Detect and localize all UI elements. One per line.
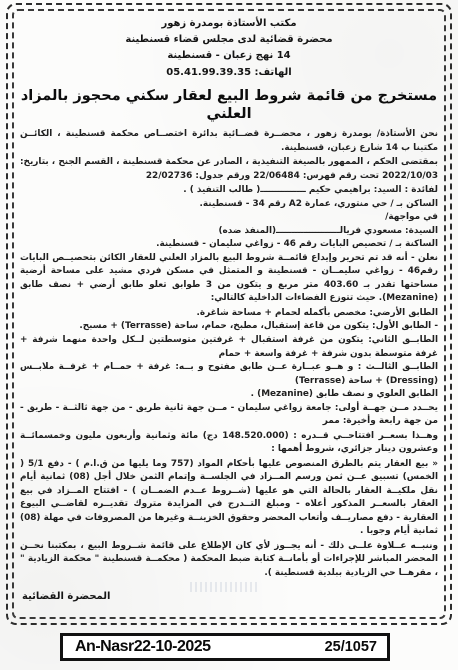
newspaper-date-stamp: An-Nasr22-10-2025: [75, 638, 211, 656]
scan-artifact: [190, 582, 260, 592]
paragraph-first-floor: - الطابق الأول: يتكون من قاعة إستقبال، م…: [20, 320, 438, 334]
paragraph-defendant-address: الساكنة بـ / تحصيص البايات رقم 46 - زواغ…: [20, 238, 438, 252]
paragraph-announcement: نعلن - أنه قد تم تحرير وإيداع قائمــة شر…: [20, 252, 438, 306]
paragraph-defendant: السيدة: مسعودي فريالــــــــــــــــــــ…: [20, 225, 438, 239]
bailiff-office-header: مكتب الأستاذة بومدرة زهور محضرة قضائية ل…: [20, 16, 438, 81]
bailiff-signature: المحضرة القضائية: [20, 591, 438, 602]
paragraph-boundaries: يحــدد مــن جهــة أولى: جامعة زواغي سليم…: [20, 402, 438, 429]
paragraph-opening-price: وهــذا بسعــر افتتاحــي قــدره : (148.52…: [20, 430, 438, 457]
notice-body: نحن الأستاذة/ بومدرة زهور ، محضــرة قضــ…: [20, 128, 438, 581]
paragraph-beneficiary-address: الساكن بـ / حي منتوري، عمارة A2 رقم 34 -…: [20, 198, 438, 212]
office-address-line: 14 نهج زعبان - قسنطينة: [20, 48, 438, 64]
notice-content: مكتب الأستاذة بومدرة زهور محضرة قضائية ل…: [20, 14, 438, 614]
paragraph-beneficiary: لفائدة : السيد: براهيمي حكيم ـــــــــــ…: [20, 184, 438, 198]
paragraph-mezzanine: الطابق العلوي و نصف طابق (Mezanine) .: [20, 388, 438, 402]
page-title: مستخرج من قائمة شروط البيع لعقار سكني مح…: [20, 87, 438, 123]
paragraph-second-floor: الطابــق الثاني: يتكون من غرفة استقبال +…: [20, 334, 438, 361]
office-role-line: محضرة قضائية لدى مجلس قضاء قسنطينة: [20, 32, 438, 48]
paragraph-third-floor: الطابــق الثالــث : و هــو عبــارة عــن …: [20, 361, 438, 388]
paragraph-introduction: نحن الأستاذة/ بومدرة زهور ، محضــرة قضــ…: [20, 128, 438, 155]
reference-number: 25/1057: [325, 639, 377, 655]
office-phone-line: الهاتف: 05.41.99.39.35: [20, 65, 438, 81]
paragraph-consultation-notice: وننبــه عــلاوة علــى ذلك - أنه يجــوز ل…: [20, 540, 438, 581]
paragraph-sale-conditions: « بيع العقار يتم بالطرق المنصوص عليها بأ…: [20, 458, 438, 539]
office-name-line: مكتب الأستاذة بومدرة زهور: [20, 16, 438, 32]
publication-stamp-box: An-Nasr22-10-2025 25/1057: [60, 633, 390, 661]
scanned-legal-notice: مكتب الأستاذة بومدرة زهور محضرة قضائية ل…: [0, 0, 458, 670]
paragraph-ground-floor: الطابق الأرضي: مخصص بأكمله لحمام + مساحة…: [20, 307, 438, 321]
paragraph-judgment: بمقتضى الحكم ، الممهور بالصيغة التنفيذية…: [20, 156, 438, 183]
paragraph-versus: في مواجهة/: [20, 211, 438, 225]
